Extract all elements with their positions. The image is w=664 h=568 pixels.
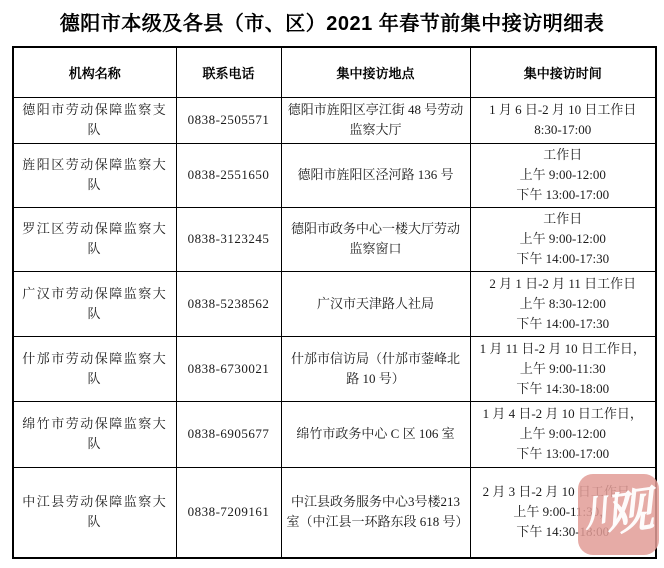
time-cell: 1 月 6 日-2 月 10 日工作日 8:30-17:00: [470, 97, 656, 143]
phone-cell: 0838-6730021: [176, 336, 281, 401]
table-row: 罗江区劳动保障监察大队 0838-3123245 德阳市政务中心一楼大厅劳动监察…: [13, 207, 656, 271]
phone-cell: 0838-6905677: [176, 401, 281, 467]
phone-cell: 0838-5238562: [176, 271, 281, 336]
time-cell: 1 月 4 日-2 月 10 日工作日， 上午 9:00-12:00 下午 13…: [470, 401, 656, 467]
location-cell: 中江县政务服务中心3号楼213室（中江县一环路东段 618 号）: [281, 467, 470, 558]
table-row: 德阳市劳动保障监察支队 0838-2505571 德阳市旌阳区亭江街 48 号劳…: [13, 97, 656, 143]
header-row: 机构名称 联系电话 集中接访地点 集中接访时间: [13, 47, 656, 97]
org-name-cell: 什邡市劳动保障监察大队: [13, 336, 176, 401]
header-org-name: 机构名称: [13, 47, 176, 97]
header-phone: 联系电话: [176, 47, 281, 97]
table-row: 绵竹市劳动保障监察大队 0838-6905677 绵竹市政务中心 C 区 106…: [13, 401, 656, 467]
org-name-cell: 德阳市劳动保障监察支队: [13, 97, 176, 143]
phone-cell: 0838-2551650: [176, 143, 281, 207]
header-time: 集中接访时间: [470, 47, 656, 97]
table-row: 旌阳区劳动保障监察大队 0838-2551650 德阳市旌阳区泾河路 136 号…: [13, 143, 656, 207]
location-cell: 德阳市政务中心一楼大厅劳动监察窗口: [281, 207, 470, 271]
time-cell: 工作日 上午 9:00-12:00 下午 13:00-17:00: [470, 143, 656, 207]
org-name-cell: 中江县劳动保障监察大队: [13, 467, 176, 558]
phone-cell: 0838-2505571: [176, 97, 281, 143]
location-cell: 德阳市旌阳区亭江街 48 号劳动监察大厅: [281, 97, 470, 143]
org-name-cell: 绵竹市劳动保障监察大队: [13, 401, 176, 467]
time-cell: 1 月 11 日-2 月 10 日工作日， 上午 9:00-11:30 下午 1…: [470, 336, 656, 401]
header-location: 集中接访地点: [281, 47, 470, 97]
time-cell: 工作日 上午 9:00-12:00 下午 14:00-17:30: [470, 207, 656, 271]
table-row: 什邡市劳动保障监察大队 0838-6730021 什邡市信访局（什邡市蓥峰北路 …: [13, 336, 656, 401]
time-cell: 2 月 1 日-2 月 11 日工作日 上午 8:30-12:00 下午 14:…: [470, 271, 656, 336]
phone-cell: 0838-7209161: [176, 467, 281, 558]
reception-schedule-table: 机构名称 联系电话 集中接访地点 集中接访时间 德阳市劳动保障监察支队 0838…: [12, 46, 657, 559]
page-title: 德阳市本级及各县（市、区）2021 年春节前集中接访明细表: [0, 9, 664, 39]
table-row: 中江县劳动保障监察大队 0838-7209161 中江县政务服务中心3号楼213…: [13, 467, 656, 558]
phone-cell: 0838-3123245: [176, 207, 281, 271]
location-cell: 广汉市天津路人社局: [281, 271, 470, 336]
org-name-cell: 旌阳区劳动保障监察大队: [13, 143, 176, 207]
location-cell: 德阳市旌阳区泾河路 136 号: [281, 143, 470, 207]
chuanguan-watermark-badge: 川 观: [578, 474, 659, 555]
watermark-text: 观: [602, 486, 656, 540]
location-cell: 绵竹市政务中心 C 区 106 室: [281, 401, 470, 467]
location-cell: 什邡市信访局（什邡市蓥峰北路 10 号）: [281, 336, 470, 401]
table-row: 广汉市劳动保障监察大队 0838-5238562 广汉市天津路人社局 2 月 1…: [13, 271, 656, 336]
org-name-cell: 广汉市劳动保障监察大队: [13, 271, 176, 336]
org-name-cell: 罗江区劳动保障监察大队: [13, 207, 176, 271]
